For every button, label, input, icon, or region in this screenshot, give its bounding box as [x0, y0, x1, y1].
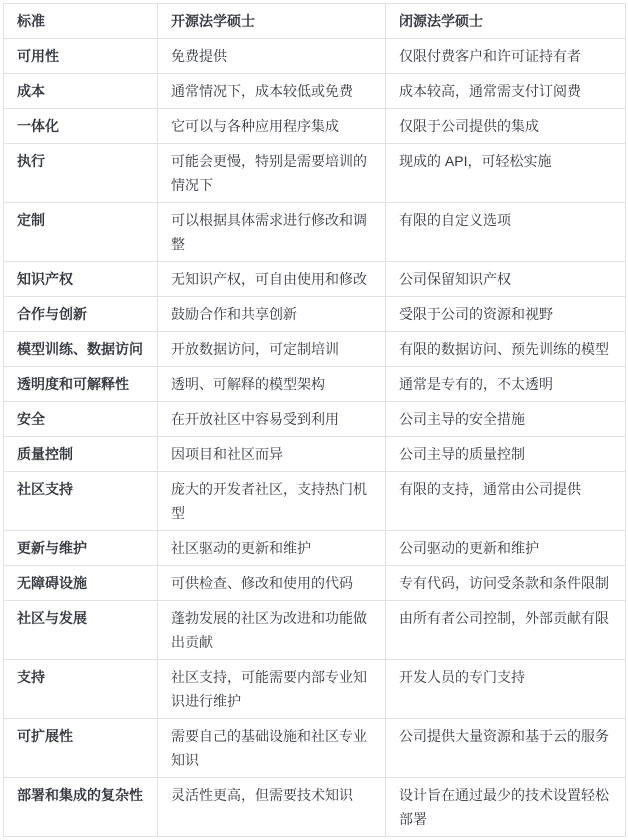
open-source-cell: 可供检查、修改和使用的代码 [158, 566, 386, 601]
open-source-cell: 可能会更慢，特别是需要培训的情况下 [158, 144, 386, 203]
table-row: 透明度和可解释性透明、可解释的模型架构通常是专有的，不太透明 [4, 367, 626, 402]
table-row: 支持社区支持，可能需要内部专业知识进行维护开发人员的专门支持 [4, 660, 626, 719]
criterion-cell: 更新与维护 [4, 531, 158, 566]
open-source-cell: 社区驱动的更新和维护 [158, 531, 386, 566]
closed-source-cell: 仅限于公司提供的集成 [386, 109, 626, 144]
open-source-cell: 庞大的开发者社区，支持热门机型 [158, 472, 386, 531]
criterion-cell: 社区支持 [4, 472, 158, 531]
criterion-cell: 可扩展性 [4, 719, 158, 778]
table-row: 社区与发展蓬勃发展的社区为改进和功能做出贡献由所有者公司控制，外部贡献有限 [4, 601, 626, 660]
table-row: 安全在开放社区中容易受到利用公司主导的安全措施 [4, 402, 626, 437]
open-source-cell: 蓬勃发展的社区为改进和功能做出贡献 [158, 601, 386, 660]
table-row: 部署和集成的复杂性灵活性更高，但需要技术知识设计旨在通过最少的技术设置轻松部署 [4, 778, 626, 837]
criterion-cell: 安全 [4, 402, 158, 437]
open-source-cell: 通常情况下，成本较低或免费 [158, 74, 386, 109]
criterion-cell: 执行 [4, 144, 158, 203]
table-row: 社区支持庞大的开发者社区，支持热门机型有限的支持，通常由公司提供 [4, 472, 626, 531]
criterion-cell: 模型训练、数据访问 [4, 332, 158, 367]
open-source-cell: 在开放社区中容易受到利用 [158, 402, 386, 437]
table-body: 可用性免费提供仅限付费客户和许可证持有者成本通常情况下，成本较低或免费成本较高，… [4, 39, 626, 837]
criterion-cell: 部署和集成的复杂性 [4, 778, 158, 837]
header-cell-0: 标准 [4, 4, 158, 39]
criterion-cell: 社区与发展 [4, 601, 158, 660]
closed-source-cell: 有限的数据访问、预先训练的模型 [386, 332, 626, 367]
header-cell-2: 闭源法学硕士 [386, 4, 626, 39]
table-header: 标准开源法学硕士闭源法学硕士 [4, 4, 626, 39]
header-row: 标准开源法学硕士闭源法学硕士 [4, 4, 626, 39]
closed-source-cell: 开发人员的专门支持 [386, 660, 626, 719]
closed-source-cell: 由所有者公司控制，外部贡献有限 [386, 601, 626, 660]
open-source-cell: 社区支持，可能需要内部专业知识进行维护 [158, 660, 386, 719]
table-row: 定制可以根据具体需求进行修改和调整有限的自定义选项 [4, 203, 626, 262]
table-row: 可用性免费提供仅限付费客户和许可证持有者 [4, 39, 626, 74]
closed-source-cell: 有限的支持，通常由公司提供 [386, 472, 626, 531]
closed-source-cell: 公司主导的安全措施 [386, 402, 626, 437]
table-row: 成本通常情况下，成本较低或免费成本较高，通常需支付订阅费 [4, 74, 626, 109]
closed-source-cell: 仅限付费客户和许可证持有者 [386, 39, 626, 74]
closed-source-cell: 设计旨在通过最少的技术设置轻松部署 [386, 778, 626, 837]
table-row: 执行可能会更慢，特别是需要培训的情况下现成的 API，可轻松实施 [4, 144, 626, 203]
criterion-cell: 可用性 [4, 39, 158, 74]
table-row: 更新与维护社区驱动的更新和维护公司驱动的更新和维护 [4, 531, 626, 566]
criterion-cell: 透明度和可解释性 [4, 367, 158, 402]
closed-source-cell: 受限于公司的资源和视野 [386, 297, 626, 332]
criterion-cell: 支持 [4, 660, 158, 719]
table-row: 一体化它可以与各种应用程序集成仅限于公司提供的集成 [4, 109, 626, 144]
table-row: 知识产权无知识产权，可自由使用和修改公司保留知识产权 [4, 262, 626, 297]
closed-source-cell: 公司提供大量资源和基于云的服务 [386, 719, 626, 778]
criterion-cell: 一体化 [4, 109, 158, 144]
table-row: 质量控制因项目和社区而异公司主导的质量控制 [4, 437, 626, 472]
closed-source-cell: 通常是专有的，不太透明 [386, 367, 626, 402]
criterion-cell: 无障碍设施 [4, 566, 158, 601]
open-source-cell: 它可以与各种应用程序集成 [158, 109, 386, 144]
table-row: 可扩展性需要自己的基础设施和社区专业知识公司提供大量资源和基于云的服务 [4, 719, 626, 778]
comparison-table: 标准开源法学硕士闭源法学硕士 可用性免费提供仅限付费客户和许可证持有者成本通常情… [3, 3, 626, 837]
closed-source-cell: 成本较高，通常需支付订阅费 [386, 74, 626, 109]
open-source-cell: 鼓励合作和共享创新 [158, 297, 386, 332]
open-source-cell: 需要自己的基础设施和社区专业知识 [158, 719, 386, 778]
criterion-cell: 质量控制 [4, 437, 158, 472]
header-cell-1: 开源法学硕士 [158, 4, 386, 39]
closed-source-cell: 有限的自定义选项 [386, 203, 626, 262]
open-source-cell: 灵活性更高，但需要技术知识 [158, 778, 386, 837]
closed-source-cell: 公司主导的质量控制 [386, 437, 626, 472]
open-source-cell: 因项目和社区而异 [158, 437, 386, 472]
closed-source-cell: 公司驱动的更新和维护 [386, 531, 626, 566]
criterion-cell: 成本 [4, 74, 158, 109]
open-source-cell: 免费提供 [158, 39, 386, 74]
table-row: 模型训练、数据访问开放数据访问，可定制培训有限的数据访问、预先训练的模型 [4, 332, 626, 367]
open-source-cell: 无知识产权，可自由使用和修改 [158, 262, 386, 297]
criterion-cell: 合作与创新 [4, 297, 158, 332]
closed-source-cell: 现成的 API，可轻松实施 [386, 144, 626, 203]
closed-source-cell: 专有代码，访问受条款和条件限制 [386, 566, 626, 601]
closed-source-cell: 公司保留知识产权 [386, 262, 626, 297]
open-source-cell: 开放数据访问，可定制培训 [158, 332, 386, 367]
open-source-cell: 可以根据具体需求进行修改和调整 [158, 203, 386, 262]
page-body: 标准开源法学硕士闭源法学硕士 可用性免费提供仅限付费客户和许可证持有者成本通常情… [0, 0, 628, 840]
table-row: 无障碍设施可供检查、修改和使用的代码专有代码，访问受条款和条件限制 [4, 566, 626, 601]
criterion-cell: 定制 [4, 203, 158, 262]
open-source-cell: 透明、可解释的模型架构 [158, 367, 386, 402]
table-row: 合作与创新鼓励合作和共享创新受限于公司的资源和视野 [4, 297, 626, 332]
criterion-cell: 知识产权 [4, 262, 158, 297]
